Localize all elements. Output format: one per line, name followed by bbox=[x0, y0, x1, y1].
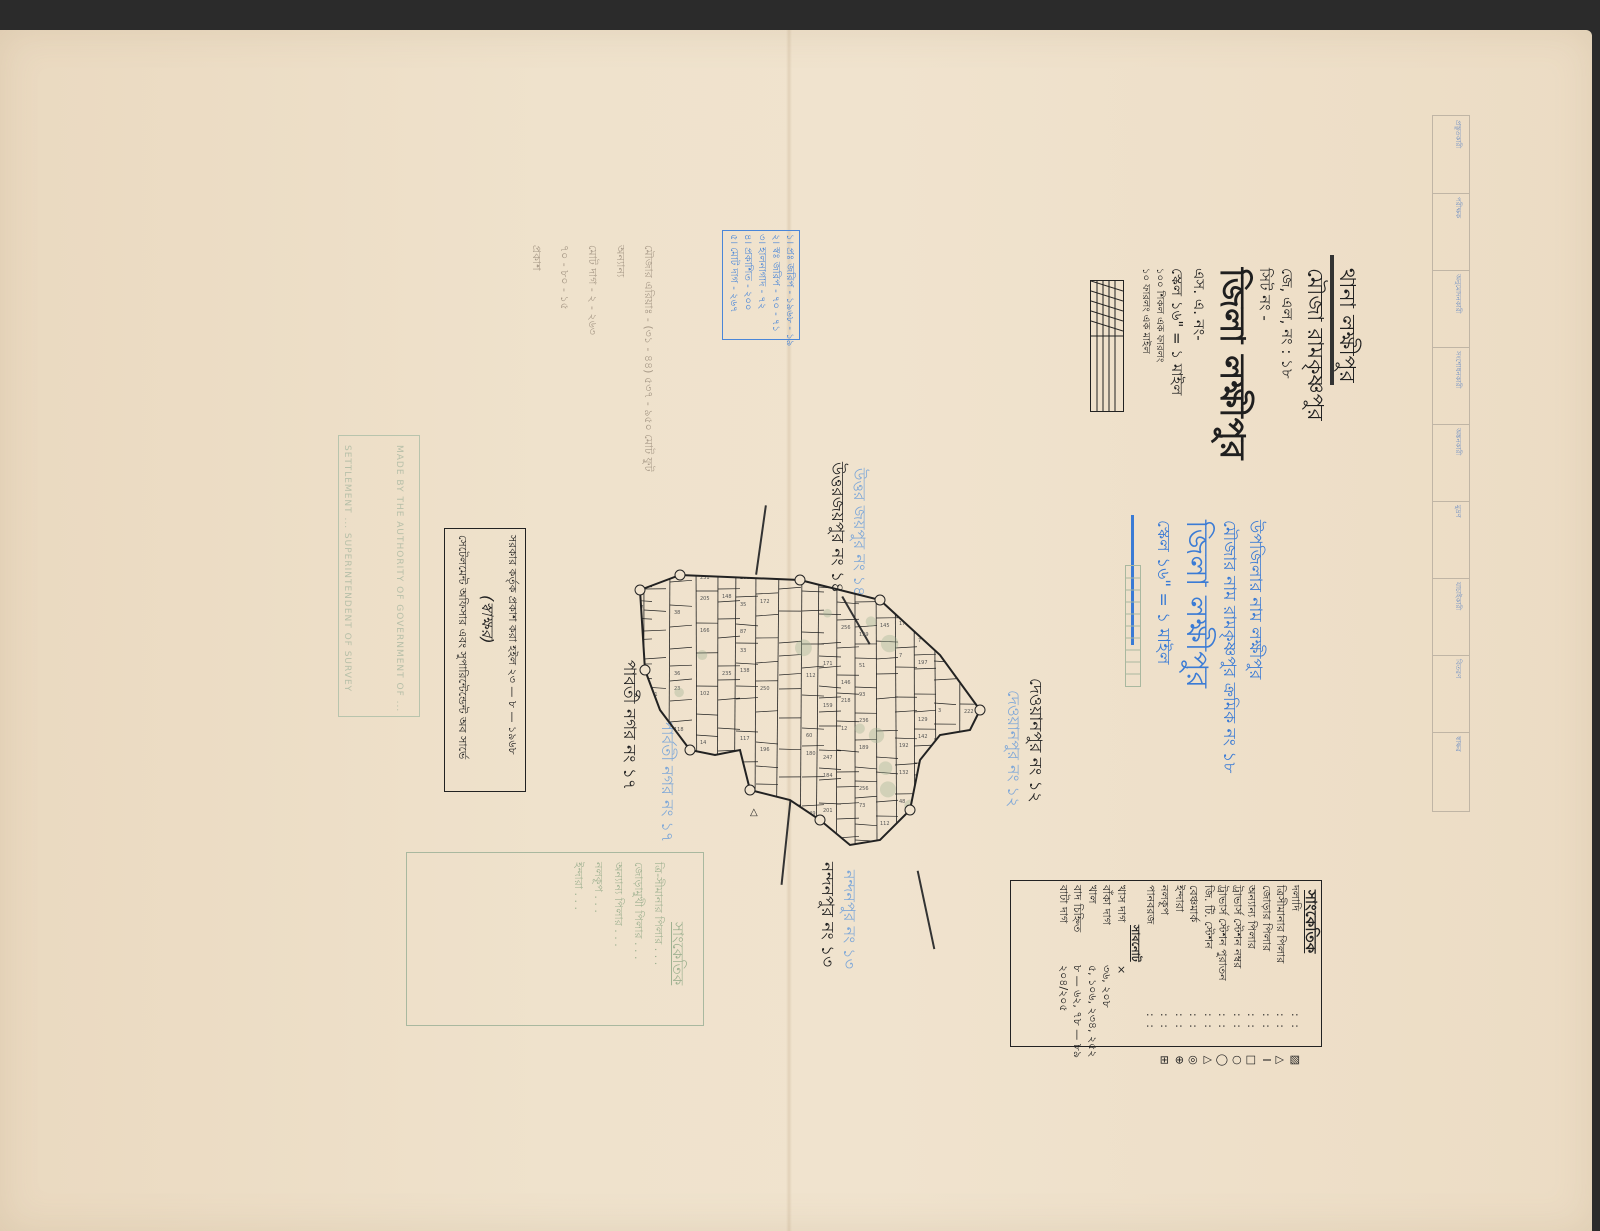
svg-text:35: 35 bbox=[740, 602, 746, 608]
boundary-pillar bbox=[815, 815, 825, 825]
svg-text:159: 159 bbox=[823, 703, 833, 709]
svg-text:145: 145 bbox=[880, 623, 890, 629]
legend-item: অন্যান্য পিলার: :□ bbox=[1244, 885, 1259, 1067]
svg-text:112: 112 bbox=[880, 821, 890, 827]
legend-item: ট্রাভার্স স্টেশন নম্বর: :○ bbox=[1230, 885, 1245, 1067]
legend-items: দলাদি: :▨ত্রিসীমানার পিলার: :△জোড়ার পিল… bbox=[1056, 885, 1303, 1067]
svg-text:32: 32 bbox=[634, 682, 640, 688]
green-legend-item: নলকূপ . . . bbox=[588, 862, 608, 985]
legend-item: বেঞ্চমার্ক: :◎ bbox=[1186, 885, 1201, 1067]
svg-text:142: 142 bbox=[918, 734, 928, 740]
svg-text:256: 256 bbox=[859, 786, 869, 792]
svg-text:140: 140 bbox=[899, 829, 909, 835]
sheet-number: সিট নং - bbox=[1254, 268, 1276, 460]
svg-text:222: 222 bbox=[964, 709, 974, 715]
pencil-notes: মৌজার এরিয়াঃ - (৩১ - ৪৪) ৫৩৭ - ৯৫০ মোট … bbox=[522, 245, 662, 472]
svg-text:172: 172 bbox=[700, 760, 710, 766]
legend-item: ট্রাভার্স স্টেশন পুরাতন: :◯ bbox=[1215, 885, 1230, 1067]
blue-district: জিলা লক্ষীপুর bbox=[1176, 520, 1216, 773]
svg-text:256: 256 bbox=[841, 625, 851, 631]
green-legend-item: ইন্দারা . . . bbox=[568, 862, 588, 985]
legend-note: খাল৫, ১০৬, ২৩৪, ২৫২ bbox=[1085, 885, 1100, 1067]
svg-text:73: 73 bbox=[859, 803, 865, 809]
svg-text:146: 146 bbox=[841, 680, 851, 686]
svg-text:258: 258 bbox=[987, 658, 997, 664]
boundary-pillar bbox=[745, 785, 755, 795]
green-legend-item: অন্যান্য পিলার . . . bbox=[608, 862, 628, 985]
svg-text:166: 166 bbox=[700, 628, 710, 634]
svg-text:139: 139 bbox=[859, 632, 869, 638]
svg-text:219: 219 bbox=[859, 575, 869, 581]
svg-text:209: 209 bbox=[859, 859, 869, 865]
svg-text:117: 117 bbox=[740, 736, 750, 742]
boundary-east-blue: দেওয়ানপুর নং ১২ bbox=[999, 690, 1026, 807]
legend-item: জোড়ার পিলার: :I bbox=[1259, 885, 1274, 1067]
boundary-pillar bbox=[685, 745, 695, 755]
svg-text:8: 8 bbox=[938, 785, 941, 791]
svg-text:250: 250 bbox=[760, 686, 770, 692]
svg-text:196: 196 bbox=[760, 747, 770, 753]
svg-text:135: 135 bbox=[938, 744, 948, 750]
svg-text:172: 172 bbox=[760, 599, 770, 605]
svg-text:129: 129 bbox=[918, 717, 928, 723]
legend-item: পানবরজ: : bbox=[1143, 885, 1158, 1067]
svg-text:184: 184 bbox=[823, 773, 833, 779]
svg-text:87: 87 bbox=[740, 629, 746, 635]
svg-text:80: 80 bbox=[700, 841, 706, 847]
survey-history-notes: ১। প্রঃ জরিপ - ১৯৬৮ - ১৯২। স্বঃ জরিপ - ৭… bbox=[726, 234, 796, 346]
blue-overprint: উপজিলার নাম লক্ষীপুর মৌজার নাম রামকৃষ্ণপ… bbox=[1150, 520, 1268, 773]
district-name: জিলা লক্ষীপুর bbox=[1210, 268, 1254, 460]
svg-text:20: 20 bbox=[964, 785, 970, 791]
svg-text:145: 145 bbox=[648, 722, 658, 728]
svg-text:12: 12 bbox=[841, 726, 847, 732]
svg-text:△: △ bbox=[750, 807, 758, 818]
svg-text:112: 112 bbox=[806, 673, 816, 679]
svg-text:96: 96 bbox=[987, 601, 993, 607]
boundary-pillar bbox=[795, 575, 805, 585]
green-legend-item: ত্রি-সীমানার পিলার . . . bbox=[648, 862, 668, 985]
svg-text:108: 108 bbox=[722, 810, 732, 816]
svg-text:24: 24 bbox=[938, 760, 944, 766]
svg-text:132: 132 bbox=[899, 770, 909, 776]
legend-item: নলকূপ: :⊞ bbox=[1157, 885, 1172, 1067]
english-stamp-text: MADE BY THE AUTHORITY OF GOVERNMENT OF .… bbox=[336, 445, 410, 712]
svg-text:65: 65 bbox=[823, 575, 829, 581]
svg-text:197: 197 bbox=[918, 660, 928, 666]
svg-text:166: 166 bbox=[964, 797, 974, 803]
legend-item: জি. টি. স্টেশন: :△ bbox=[1201, 885, 1216, 1067]
legend-subtitle: সাবনোট bbox=[1128, 885, 1143, 1067]
svg-text:187: 187 bbox=[674, 755, 684, 761]
svg-text:205: 205 bbox=[700, 596, 710, 602]
svg-text:47: 47 bbox=[918, 624, 924, 630]
svg-text:113: 113 bbox=[783, 811, 793, 817]
boundary-pillar bbox=[975, 705, 985, 715]
blue-mouza: মৌজার নাম রামকৃষ্ণপুর ক্রমিক নং ১৮ bbox=[1216, 520, 1242, 773]
svg-text:33: 33 bbox=[740, 648, 746, 654]
svg-text:201: 201 bbox=[823, 808, 833, 814]
svg-text:235: 235 bbox=[722, 671, 732, 677]
svg-text:14: 14 bbox=[700, 740, 706, 746]
svg-text:42: 42 bbox=[634, 645, 640, 651]
svg-text:93: 93 bbox=[859, 692, 865, 698]
svg-text:51: 51 bbox=[859, 663, 865, 669]
legend-note: খাস দাগ× bbox=[1114, 885, 1129, 1067]
svg-text:24: 24 bbox=[806, 835, 812, 841]
survey-number: এস. এ. নং- bbox=[1188, 268, 1210, 460]
green-legend-item: জোড়ামুখী পিলার . . . bbox=[628, 862, 648, 985]
svg-text:171: 171 bbox=[823, 661, 833, 667]
svg-text:46: 46 bbox=[841, 843, 847, 849]
legend-note: বাঁকা দাগ৩৬, ২০৮ bbox=[1099, 885, 1114, 1067]
scale-text: স্কেল ১৬" = ১ মাইল bbox=[1166, 268, 1188, 460]
scale-bar-black bbox=[1090, 280, 1124, 412]
boundary-pillar bbox=[905, 805, 915, 815]
svg-text:181: 181 bbox=[899, 575, 909, 581]
scale-note-1: ১০০ শিকল এক ফারলং bbox=[1152, 268, 1166, 460]
svg-text:7: 7 bbox=[918, 638, 921, 644]
svg-text:138: 138 bbox=[674, 839, 684, 845]
boundary-pillar bbox=[635, 585, 645, 595]
svg-text:7: 7 bbox=[899, 653, 902, 659]
svg-text:180: 180 bbox=[806, 751, 816, 757]
svg-text:1: 1 bbox=[880, 589, 883, 595]
svg-text:125: 125 bbox=[964, 679, 974, 685]
svg-text:239: 239 bbox=[938, 633, 948, 639]
svg-text:20: 20 bbox=[634, 623, 640, 629]
svg-text:243: 243 bbox=[918, 612, 928, 618]
svg-text:57: 57 bbox=[987, 796, 993, 802]
svg-text:65: 65 bbox=[987, 691, 993, 697]
svg-text:218: 218 bbox=[841, 698, 851, 704]
svg-text:42: 42 bbox=[880, 575, 886, 581]
boundary-pillar bbox=[875, 595, 885, 605]
scale-bar-green bbox=[1125, 565, 1141, 687]
svg-text:74: 74 bbox=[634, 724, 640, 730]
svg-text:158: 158 bbox=[964, 652, 974, 658]
svg-text:138: 138 bbox=[740, 668, 750, 674]
svg-text:38: 38 bbox=[674, 610, 680, 616]
jl-number: জে, এল, নং : ১৮ bbox=[1276, 268, 1298, 460]
svg-text:61: 61 bbox=[964, 740, 970, 746]
svg-text:148: 148 bbox=[722, 594, 732, 600]
svg-text:3: 3 bbox=[938, 708, 941, 714]
svg-text:105: 105 bbox=[899, 843, 909, 849]
svg-text:60: 60 bbox=[806, 733, 812, 739]
svg-text:63: 63 bbox=[634, 790, 640, 796]
legend-note: বাদ চিহ্নিত৮ — ৬২, ৭৮ — ৮৯ bbox=[1070, 885, 1085, 1067]
svg-text:249: 249 bbox=[648, 575, 658, 581]
boundary-pillar bbox=[640, 665, 650, 675]
mouza-plot-map[interactable]: 1072042327463170249241145192691823836231… bbox=[620, 560, 1000, 880]
svg-text:189: 189 bbox=[859, 745, 869, 751]
title-block: থানা লক্ষীপুর মৌজা রামকৃষ্ণপুর জে, এল, ন… bbox=[1138, 268, 1362, 460]
legend-item: দলাদি: :▨ bbox=[1288, 885, 1303, 1067]
certificate-text: সরকার কর্তৃক প্রকাশ করা হইল ২৩ — ৮ — ১৯৬… bbox=[452, 535, 522, 759]
svg-text:221: 221 bbox=[987, 679, 997, 685]
legend-item: ইন্দারা: :⊕ bbox=[1172, 885, 1187, 1067]
svg-text:100: 100 bbox=[964, 607, 974, 613]
legend-item: ত্রিসীমানার পিলার: :△ bbox=[1273, 885, 1288, 1067]
svg-text:247: 247 bbox=[722, 790, 732, 796]
blue-scale: স্কেল ১৬" = ১ মাইল bbox=[1150, 520, 1176, 773]
svg-text:69: 69 bbox=[648, 844, 654, 850]
svg-text:48: 48 bbox=[899, 799, 905, 805]
svg-text:102: 102 bbox=[700, 691, 710, 697]
svg-text:181: 181 bbox=[987, 734, 997, 740]
svg-text:72: 72 bbox=[722, 850, 728, 856]
boundary-pillar bbox=[675, 570, 685, 580]
svg-text:160: 160 bbox=[740, 834, 750, 840]
thana-name: থানা লক্ষীপুর bbox=[1330, 268, 1362, 460]
green-legend-items: সাংকেতিকত্রি-সীমানার পিলার . . .জোড়ামুখ… bbox=[568, 862, 688, 985]
scale-note-2: ১০ ফারলং এক মাইল bbox=[1138, 268, 1152, 460]
margin-table-headers: প্রস্তুতকারীপরীক্ষকঅনুমোদনকারীসংশোধনকারী… bbox=[1450, 120, 1466, 813]
svg-text:36: 36 bbox=[674, 671, 680, 677]
svg-text:128: 128 bbox=[938, 837, 948, 843]
svg-text:68: 68 bbox=[987, 753, 993, 759]
blue-upazila: উপজিলার নাম লক্ষীপুর bbox=[1242, 520, 1268, 773]
svg-text:192: 192 bbox=[648, 750, 658, 756]
mouza-name: মৌজা রামকৃষ্ণপুর bbox=[1298, 268, 1330, 460]
svg-text:249: 249 bbox=[987, 782, 997, 788]
svg-text:236: 236 bbox=[859, 718, 869, 724]
legend-note: বাটা দাগ২০৪/২০৫ bbox=[1056, 885, 1071, 1067]
boundary-south-blue: নন্দনপুর নং ১৩ bbox=[835, 870, 862, 969]
svg-text:192: 192 bbox=[899, 743, 909, 749]
svg-text:247: 247 bbox=[823, 755, 833, 761]
